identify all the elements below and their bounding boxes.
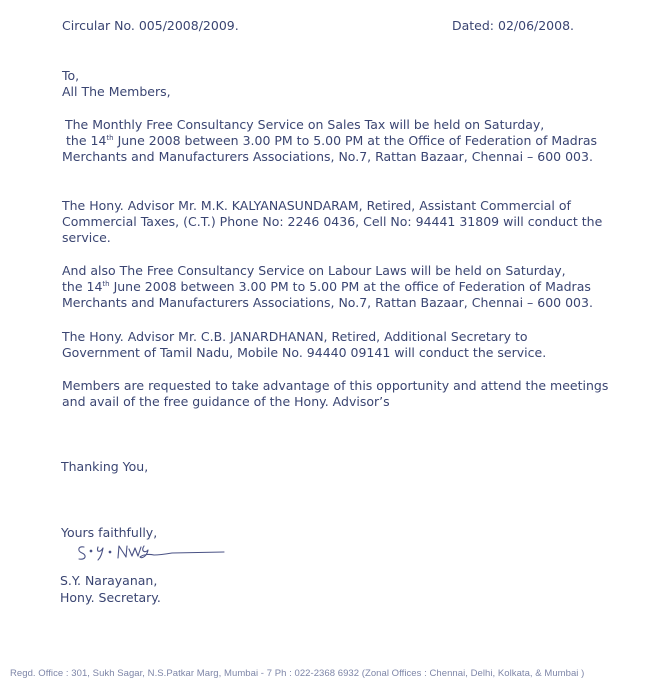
p3-line3: Merchants and Manufacturers Associations…: [62, 295, 593, 311]
p1-line2-pre: the 14: [66, 133, 106, 148]
p1-line3: Merchants and Manufacturers Associations…: [62, 149, 597, 165]
p1-line2-post: June 2008 between 3.00 PM to 5.00 PM at …: [114, 133, 597, 148]
paragraph-sales-tax-service: The Monthly Free Consultancy Service on …: [65, 117, 597, 165]
p2-line3: service.: [62, 230, 602, 246]
signature-icon: [74, 537, 244, 571]
p1-line1: The Monthly Free Consultancy Service on …: [65, 117, 597, 133]
paragraph-sales-tax-advisor: The Hony. Advisor Mr. M.K. KALYANASUNDAR…: [62, 198, 602, 246]
registered-office-footer: Regd. Office : 301, Sukh Sagar, N.S.Patk…: [10, 668, 584, 679]
p3-line2: the 14th June 2008 between 3.00 PM to 5.…: [62, 279, 593, 295]
ordinal-suffix: th: [106, 134, 113, 142]
p1-line2: the 14th June 2008 between 3.00 PM to 5.…: [66, 133, 597, 149]
p2-line2: Commercial Taxes, (C.T.) Phone No: 2246 …: [62, 214, 602, 230]
p3-line1: And also The Free Consultancy Service on…: [62, 263, 593, 279]
p4-line1: The Hony. Advisor Mr. C.B. JANARDHANAN, …: [62, 329, 546, 345]
signatory-name: S.Y. Narayanan,: [60, 573, 157, 589]
p2-line1: The Hony. Advisor Mr. M.K. KALYANASUNDAR…: [62, 198, 602, 214]
paragraph-labour-laws-service: And also The Free Consultancy Service on…: [62, 263, 593, 311]
p3-line2-pre: the 14: [62, 279, 102, 294]
salutation-recipients: All The Members,: [62, 84, 171, 100]
ordinal-suffix: th: [102, 280, 109, 288]
circular-number: Circular No. 005/2008/2009.: [62, 18, 239, 34]
p3-line2-post: June 2008 between 3.00 PM to 5.00 PM at …: [110, 279, 591, 294]
p4-line2: Government of Tamil Nadu, Mobile No. 944…: [62, 345, 546, 361]
signatory-title: Hony. Secretary.: [60, 590, 161, 606]
p5-line1: Members are requested to take advantage …: [62, 378, 608, 394]
salutation: To, All The Members,: [62, 68, 171, 100]
salutation-to: To,: [62, 68, 171, 84]
paragraph-request: Members are requested to take advantage …: [62, 378, 608, 410]
p5-line2: and avail of the free guidance of the Ho…: [62, 394, 608, 410]
paragraph-labour-laws-advisor: The Hony. Advisor Mr. C.B. JANARDHANAN, …: [62, 329, 546, 361]
circular-date: Dated: 02/06/2008.: [452, 18, 574, 34]
closing-thanks: Thanking You,: [61, 459, 148, 475]
